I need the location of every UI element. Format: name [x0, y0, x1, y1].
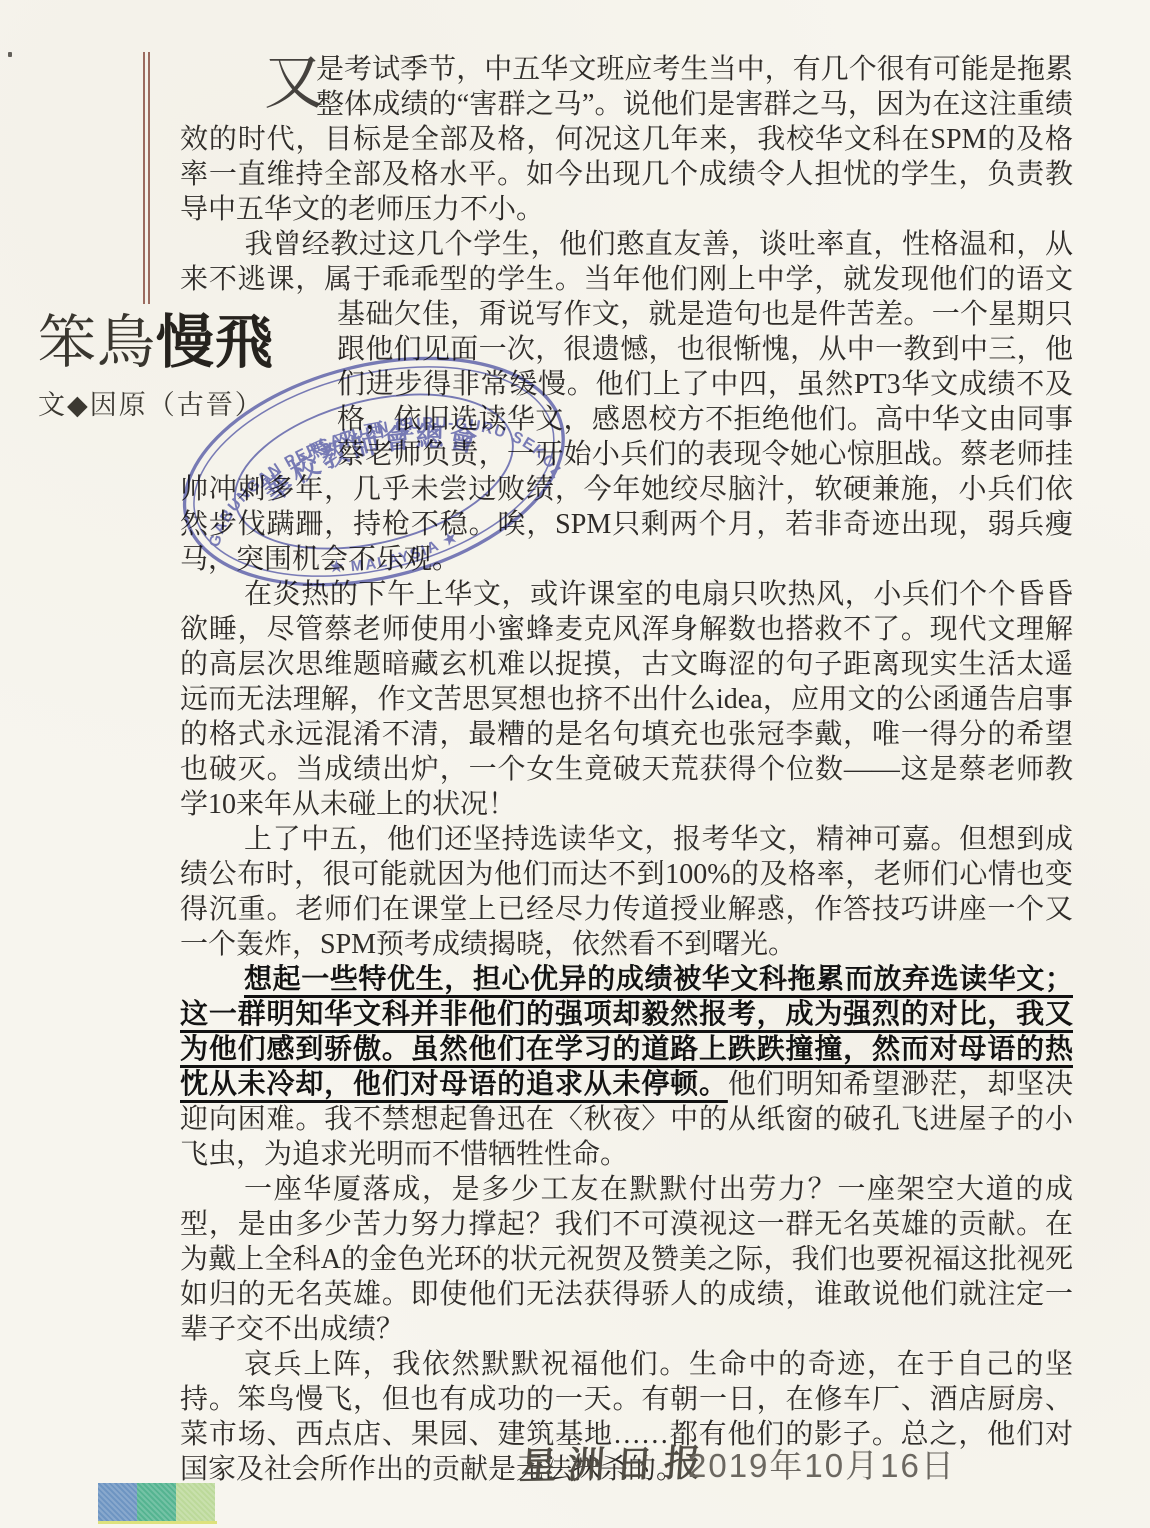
- article-title: 笨鳥慢飛: [38, 312, 274, 374]
- color-square-2: [176, 1483, 215, 1521]
- color-square-0: [98, 1483, 137, 1521]
- article-title-light-part: 笨鳥: [38, 310, 156, 375]
- scanned-newspaper-page: { "masthead": { "title_light": "笨鳥", "ti…: [0, 0, 1150, 1528]
- publication-date: 2019年10月16日: [688, 1440, 956, 1487]
- paragraph-5: 想起一些特优生，担心优异的成绩被华文科拖累而放弃选读华文；这一群明知华文科并非他…: [180, 962, 1073, 1172]
- paragraph-1: 又是考试季节，中五华文班应考生当中，有几个很有可能是拖累整体成绩的“害群之马”。…: [180, 52, 1073, 227]
- scan-speck: [8, 52, 12, 57]
- paragraph-2: 我曾经教过这几个学生，他们憨直友善，谈吐率直，性格温和，从来不逃课，属于乖乖型的…: [180, 227, 1073, 577]
- paragraph-6: 一座华厦落成，是多少工友在默默付出劳力？一座架空大道的成型，是由多少苦力努力撑起…: [180, 1172, 1073, 1347]
- paragraph-4: 上了中五，他们还坚持选读华文，报考华文，精神可嘉。但想到成绩公布时，很可能就因为…: [180, 822, 1073, 962]
- color-strip-underline: [98, 1521, 217, 1524]
- article-title-bold-part: 慢飛: [156, 310, 274, 375]
- left-margin-double-rule: [143, 52, 150, 304]
- dropcap-character: 又: [264, 52, 310, 118]
- article-byline: 文◆因原（古晉）: [38, 383, 274, 422]
- newspaper-name: 星洲日报: [518, 1432, 714, 1489]
- color-square-1: [137, 1483, 176, 1521]
- color-calibration-strip: [98, 1483, 215, 1521]
- paragraph-3: 在炎热的下午上华文，或许课室的电扇只吹热风，小兵们个个昏昏欲睡，尽管蔡老师使用小…: [180, 577, 1073, 822]
- article-masthead: 笨鳥慢飛 文◆因原（古晉）: [38, 312, 274, 422]
- article-body: 又是考试季节，中五华文班应考生当中，有几个很有可能是拖累整体成绩的“害群之马”。…: [180, 52, 1073, 1487]
